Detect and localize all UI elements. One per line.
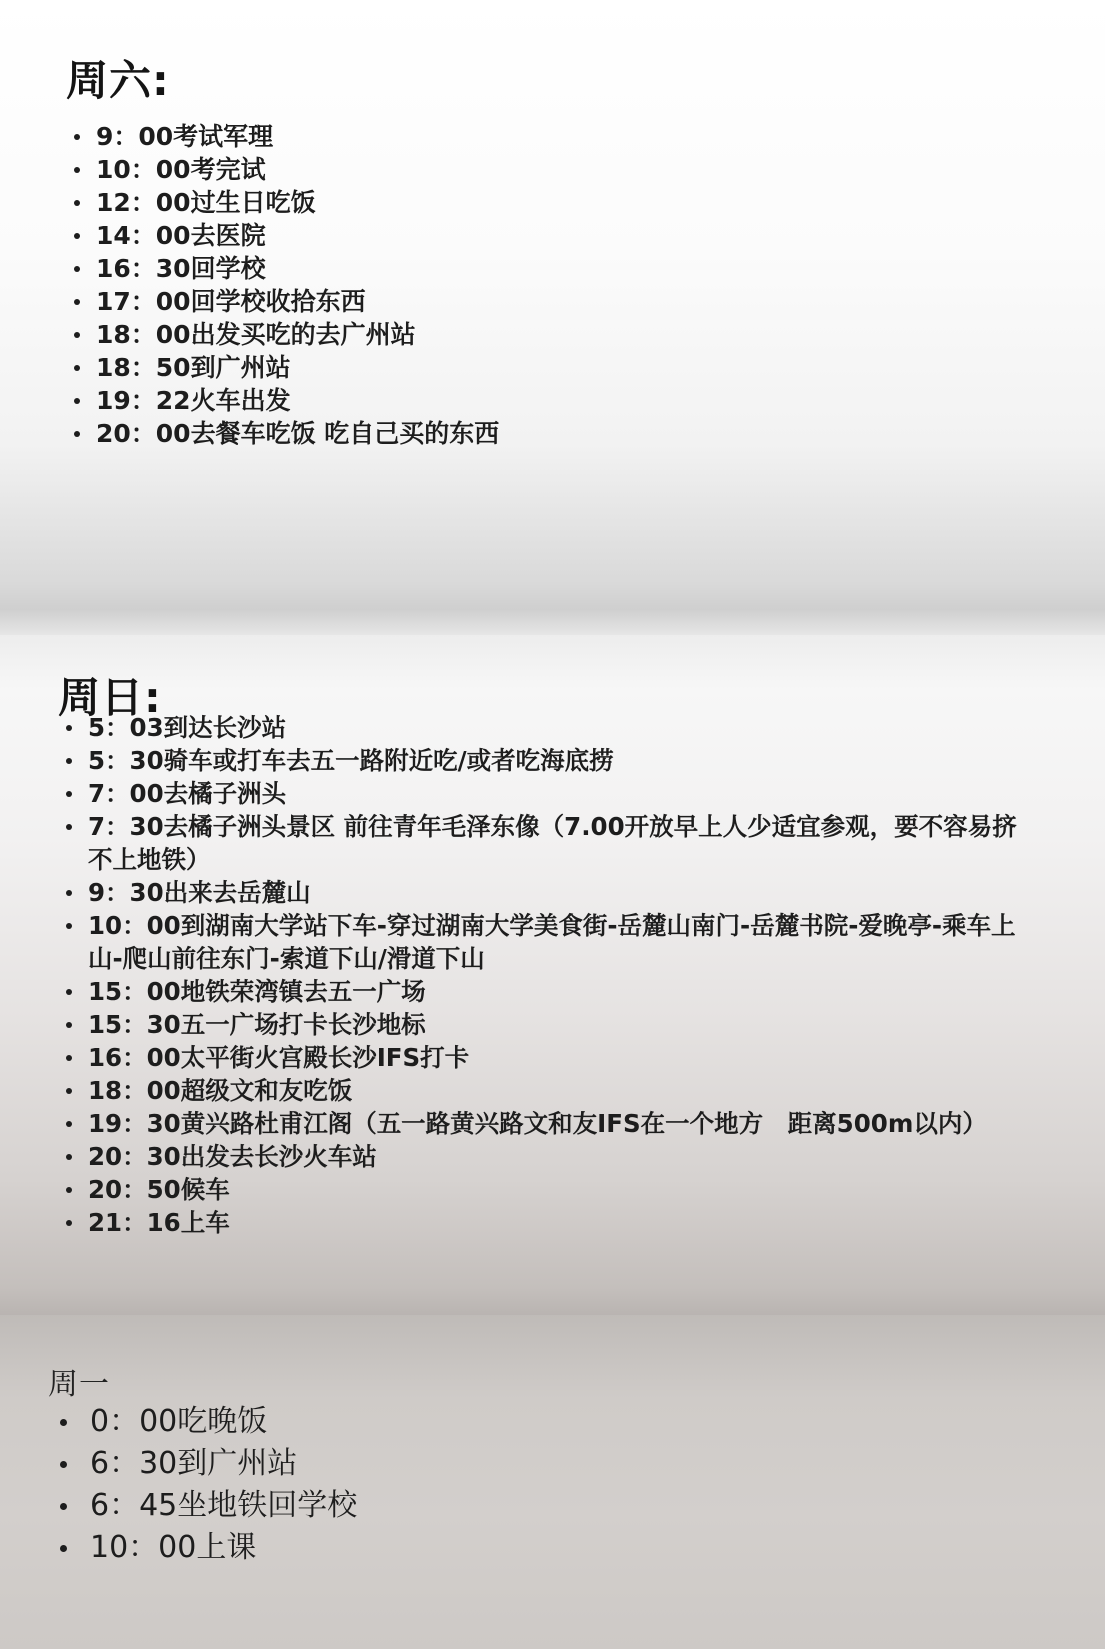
list-item: 5：03到达长沙站 [62, 711, 1037, 744]
monday-section: 周一 0：00吃晚饭 6：30到广州站 6：45坐地铁回学校 10：00上课 [0, 1315, 1105, 1649]
list-item: 14：00去医院 [70, 219, 1050, 252]
saturday-schedule-list: 9：00考试军理 10：00考完试 12：00过生日吃饭 14：00去医院 16… [70, 120, 1050, 450]
list-item: 19：22火车出发 [70, 384, 1050, 417]
list-item: 7：00去橘子洲头 [62, 777, 1037, 810]
list-item: 17：00回学校收拾东西 [70, 285, 1050, 318]
saturday-title: 周六: [66, 48, 170, 108]
sunday-section: 周日: 5：03到达长沙站 5：30骑车或打车去五一路附近吃/或者吃海底捞 7：… [0, 635, 1105, 1315]
list-item: 15：30五一广场打卡长沙地标 [62, 1008, 1037, 1041]
list-item: 20：30出发去长沙火车站 [62, 1140, 1037, 1173]
sunday-schedule-list: 5：03到达长沙站 5：30骑车或打车去五一路附近吃/或者吃海底捞 7：00去橘… [62, 711, 1037, 1239]
monday-title: 周一 [48, 1359, 110, 1403]
list-item: 18：50到广州站 [70, 351, 1050, 384]
list-item: 6：45坐地铁回学校 [56, 1485, 956, 1527]
list-item: 12：00过生日吃饭 [70, 186, 1050, 219]
list-item: 16：30回学校 [70, 252, 1050, 285]
saturday-section: 周六: 9：00考试军理 10：00考完试 12：00过生日吃饭 14：00去医… [0, 0, 1105, 635]
list-item: 19：30黄兴路杜甫江阁（五一路黄兴路文和友IFS在一个地方 距离500m以内） [62, 1107, 1037, 1140]
list-item: 18：00超级文和友吃饭 [62, 1074, 1037, 1107]
list-item: 7：30去橘子洲头景区 前往青年毛泽东像（7.00开放早上人少适宜参观，要不容易… [62, 810, 1037, 876]
list-item: 18：00出发买吃的去广州站 [70, 318, 1050, 351]
list-item: 0：00吃晚饭 [56, 1401, 956, 1443]
list-item: 21：16上车 [62, 1206, 1037, 1239]
monday-schedule-list: 0：00吃晚饭 6：30到广州站 6：45坐地铁回学校 10：00上课 [56, 1401, 956, 1569]
list-item: 20：00去餐车吃饭 吃自己买的东西 [70, 417, 1050, 450]
list-item: 10：00到湖南大学站下车-穿过湖南大学美食街-岳麓山南门-岳麓书院-爱晚亭-乘… [62, 909, 1037, 975]
list-item: 5：30骑车或打车去五一路附近吃/或者吃海底捞 [62, 744, 1037, 777]
list-item: 10：00上课 [56, 1527, 956, 1569]
list-item: 9：30出来去岳麓山 [62, 876, 1037, 909]
list-item: 6：30到广州站 [56, 1443, 956, 1485]
list-item: 9：00考试军理 [70, 120, 1050, 153]
list-item: 15：00地铁荣湾镇去五一广场 [62, 975, 1037, 1008]
list-item: 20：50候车 [62, 1173, 1037, 1206]
list-item: 16：00太平街火宫殿长沙IFS打卡 [62, 1041, 1037, 1074]
list-item: 10：00考完试 [70, 153, 1050, 186]
